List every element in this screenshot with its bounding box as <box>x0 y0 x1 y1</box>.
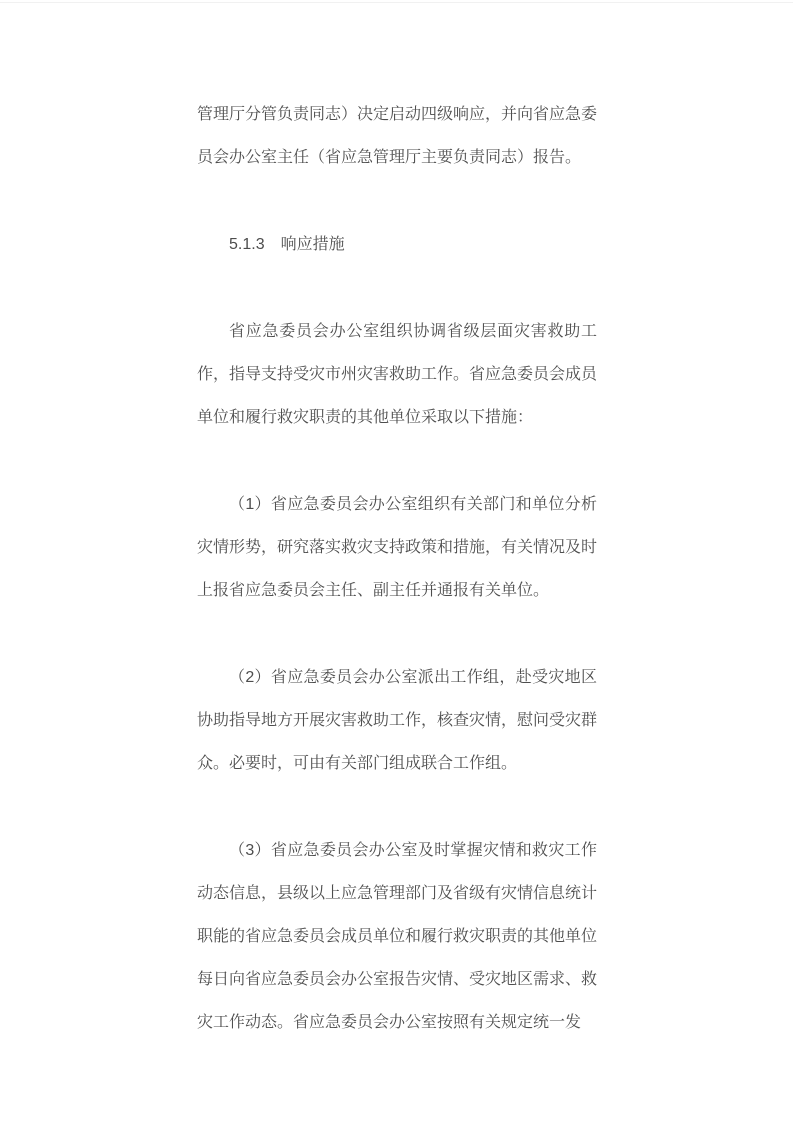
section-heading: 5.1.3 响应措施 <box>197 223 597 266</box>
measure-item-2: （2）省应急委员会办公室派出工作组，赴受灾地区协助指导地方开展灾害救助工作，核查… <box>197 656 597 785</box>
intro-paragraph: 省应急委员会办公室组织协调省级层面灾害救助工作，指导支持受灾市州灾害救助工作。省… <box>197 310 597 439</box>
document-page: 管理厅分管负责同志）决定启动四级响应，并向省应急委员会办公室主任（省应急管理厅主… <box>0 0 793 1122</box>
measure-item-1: （1）省应急委员会办公室组织有关部门和单位分析灾情形势，研究落实救灾支持政策和措… <box>197 483 597 612</box>
continued-paragraph: 管理厅分管负责同志）决定启动四级响应，并向省应急委员会办公室主任（省应急管理厅主… <box>197 93 597 179</box>
measure-item-3: （3）省应急委员会办公室及时掌握灾情和救灾工作动态信息，县级以上应急管理部门及省… <box>197 829 597 1044</box>
page-top-divider <box>0 2 793 3</box>
document-content: 管理厅分管负责同志）决定启动四级响应，并向省应急委员会办公室主任（省应急管理厅主… <box>197 93 597 1044</box>
